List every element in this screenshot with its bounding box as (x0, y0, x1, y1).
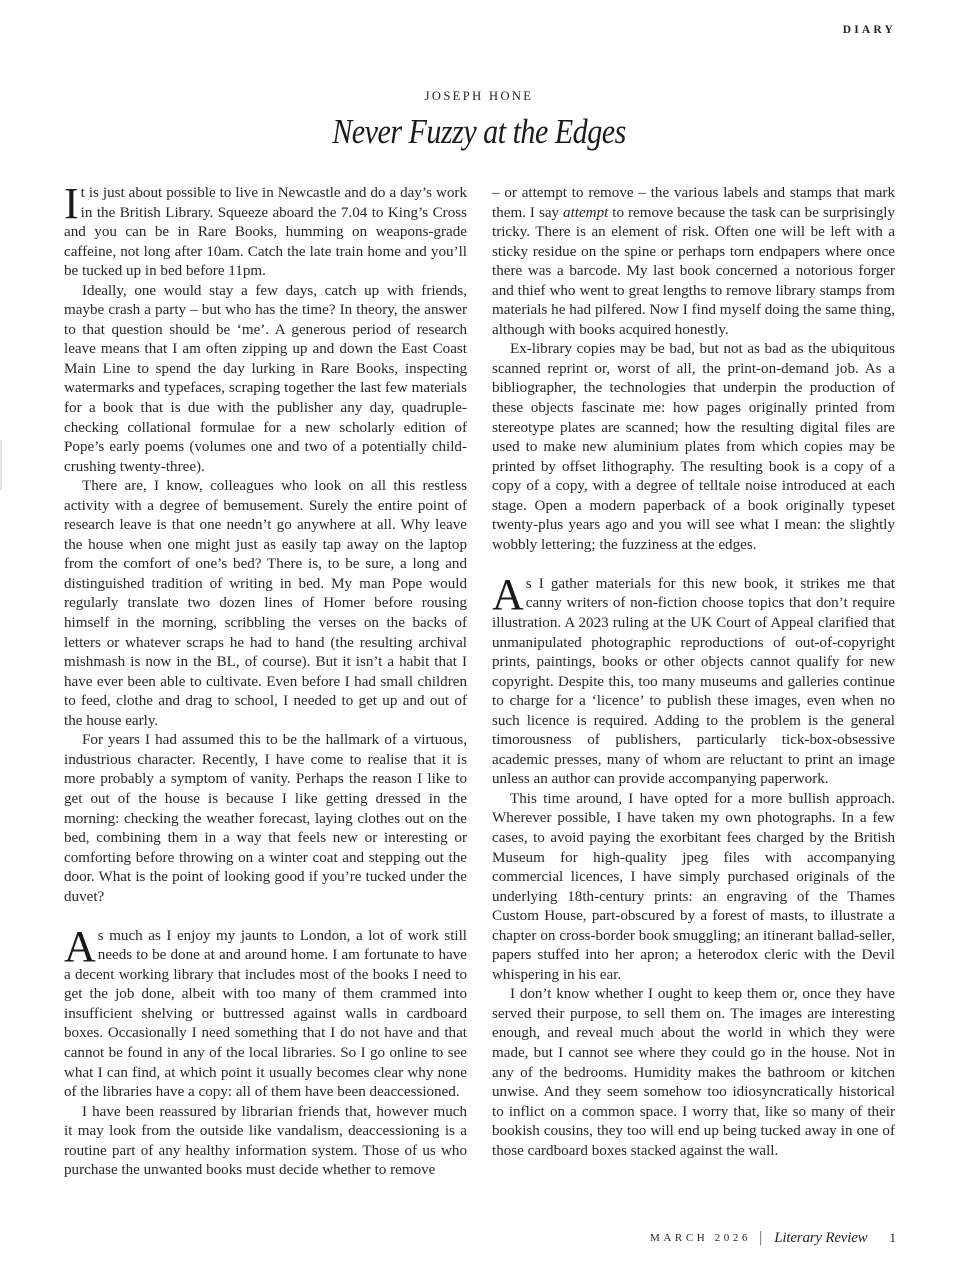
paragraph: I don’t know whether I ought to keep the… (492, 985, 895, 1161)
drop-cap: A (492, 578, 524, 612)
page-footer: March 2026 | Literary Review 1 (650, 1229, 896, 1247)
drop-cap: A (64, 930, 96, 964)
paragraph: As I gather materials for this new book,… (492, 575, 895, 790)
paragraph: As much as I enjoy my jaunts to London, … (64, 927, 467, 1103)
article-column-left: It is just about possible to live in New… (64, 184, 467, 1181)
paragraph: This time around, I have opted for a mor… (492, 790, 895, 985)
paragraph: Ex-library copies may be bad, but not as… (492, 340, 895, 555)
section-label: DIARY (843, 24, 896, 36)
publication-name: Literary Review (774, 1230, 867, 1247)
article-title: Never Fuzzy at the Edges (67, 112, 891, 152)
emphasis: attempt (563, 205, 608, 221)
article-column-right: – or attempt to remove – the various lab… (492, 184, 895, 1161)
footer-separator: | (759, 1229, 762, 1247)
paragraph: There are, I know, colleagues who look o… (64, 477, 467, 731)
paragraph: Ideally, one would stay a few days, catc… (64, 282, 467, 477)
author-byline: JOSEPH HONE (0, 89, 958, 104)
paragraph: For years I had assumed this to be the h… (64, 731, 467, 907)
drop-cap: I (64, 187, 79, 221)
paragraph: I have been reassured by librarian frien… (64, 1103, 467, 1181)
issue-date: March 2026 (650, 1232, 751, 1244)
paragraph: It is just about possible to live in New… (64, 184, 467, 282)
paragraph: – or attempt to remove – the various lab… (492, 184, 895, 340)
page-edge-mark (0, 440, 2, 490)
page-number: 1 (890, 1230, 897, 1246)
